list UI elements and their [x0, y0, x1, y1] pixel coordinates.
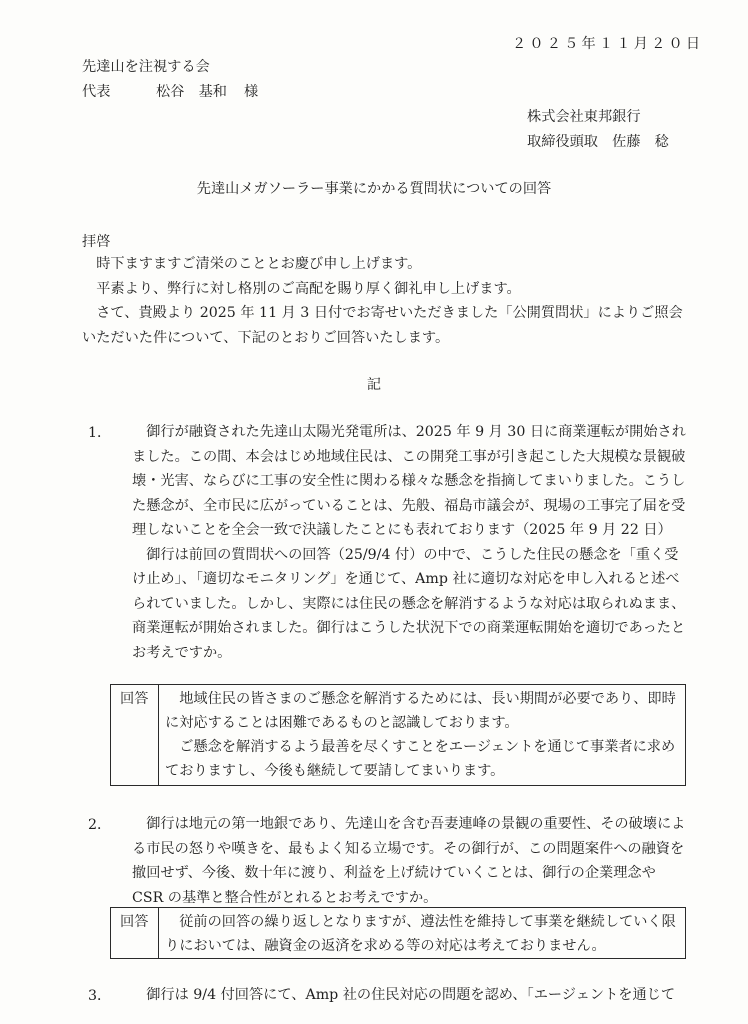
answer-label: 回答: [111, 908, 159, 958]
question-paragraph: 御行は地元の第一地銀であり、先達山を含む吾妻連峰の景観の重要性、その破壊による市…: [132, 812, 688, 910]
question-paragraph: 御行は 9/4 付回答にて、Amp 社の住民対応の問題を認め、「エージェントを通…: [132, 983, 688, 1008]
question-paragraph: 御行は前回の質問状への回答（25/9/4 付）の中で、こうした住民の懸念を「重く…: [132, 543, 688, 666]
opening-line: 平素より、弊行に対し格別のご高配を賜り厚く御礼申し上げます。: [82, 277, 686, 302]
answer-label: 回答: [111, 685, 159, 785]
answer-paragraph: 地域住民の皆さまのご懸念を解消するためには、長い期間が必要であり、即時に対応する…: [165, 687, 679, 735]
question-paragraph: 御行が融資された先達山太陽光発電所は、2025 年 9 月 30 日に商業運転が…: [132, 420, 688, 543]
opening-line: さて、貴殿より 2025 年 11 月 3 日付でお寄せいただきました「公開質問…: [82, 301, 686, 350]
sender-title: 取締役頭取: [527, 134, 598, 150]
answer-box: 回答 地域住民の皆さまのご懸念を解消するためには、長い期間が必要であり、即時に対…: [110, 684, 686, 786]
question-number: 1．: [88, 422, 111, 442]
sender-name: 佐藤 稔: [612, 134, 669, 150]
recipient-org: 先達山を注視する会: [82, 56, 210, 76]
answer-body: 従前の回答の繰り返しとなりますが、遵法性を維持して事業を継続していく限りにおいて…: [159, 908, 685, 958]
answer-body: 地域住民の皆さまのご懸念を解消するためには、長い期間が必要であり、即時に対応する…: [159, 685, 685, 785]
sender-org: 株式会社東邦銀行: [527, 106, 641, 126]
sender-line: 取締役頭取 佐藤 稔: [527, 131, 669, 151]
opening-line: 時下ますますご清栄のこととお慶び申し上げます。: [82, 252, 686, 277]
letter-date: ２０２５年１１月２０日: [512, 33, 703, 53]
answer-paragraph: 従前の回答の繰り返しとなりますが、遵法性を維持して事業を継続していく限りにおいて…: [165, 910, 679, 958]
question-number: 3．: [88, 985, 111, 1005]
opening-paragraphs: 時下ますますご清栄のこととお慶び申し上げます。 平素より、弊行に対し格別のご高配…: [82, 252, 686, 350]
document-title: 先達山メガソーラー事業にかかる質問状についての回答: [0, 178, 748, 198]
salutation: 拝啓: [82, 231, 110, 251]
question-text: 御行は地元の第一地銀であり、先達山を含む吾妻連峰の景観の重要性、その破壊による市…: [132, 812, 688, 910]
answer-paragraph: ご懸念を解消するよう最善を尽くすことをエージェントを通じて事業者に求めております…: [165, 735, 679, 783]
question-text: 御行が融資された先達山太陽光発電所は、2025 年 9 月 30 日に商業運転が…: [132, 420, 688, 665]
recipient-honorific: 様: [244, 81, 258, 101]
ki-marker: 記: [0, 374, 748, 394]
question-text: 御行は 9/4 付回答にて、Amp 社の住民対応の問題を認め、「エージェントを通…: [132, 983, 688, 1008]
recipient-line: 代表松谷 基和様: [82, 81, 258, 101]
recipient-name: 松谷 基和: [156, 81, 244, 101]
answer-box: 回答 従前の回答の繰り返しとなりますが、遵法性を維持して事業を継続していく限りに…: [110, 907, 686, 959]
recipient-title: 代表: [82, 81, 156, 101]
question-number: 2．: [88, 814, 111, 834]
